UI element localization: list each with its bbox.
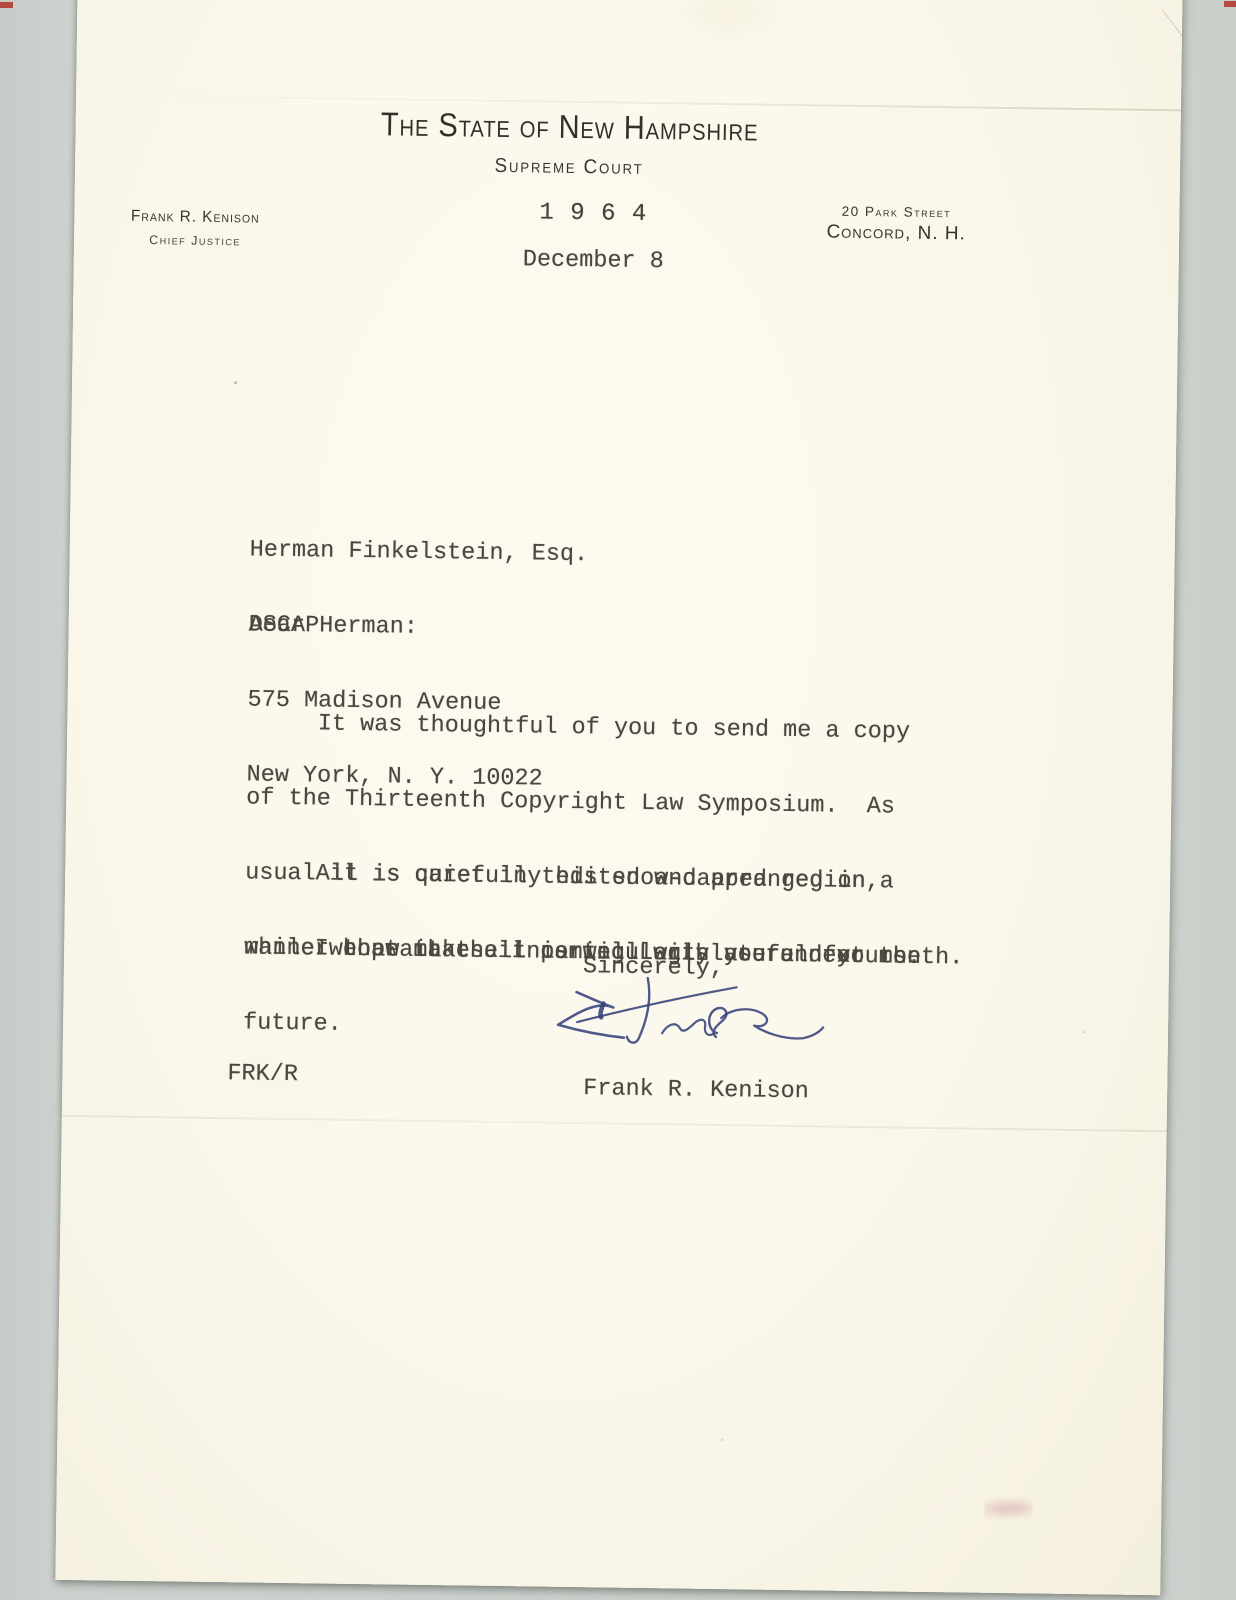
body-line: It was thoughtful of you to send me a co… — [247, 710, 924, 744]
fold-crease-bottom — [62, 1115, 1167, 1132]
letterhead-subtitle: Supreme Court — [428, 154, 710, 181]
letter-page: The State of New Hampshire Supreme Court… — [55, 0, 1183, 1595]
date-line: December 8 — [523, 247, 664, 274]
letterhead-official-title: Chief Justice — [110, 232, 280, 248]
paper-speck — [721, 1438, 723, 1441]
signature-scrawl — [550, 974, 831, 1056]
recipient-name: Herman Finkelstein, Esq. — [250, 537, 589, 567]
paper-speck — [234, 381, 237, 384]
letterhead-official-name: Frank R. Kenison — [114, 208, 277, 228]
letterhead-title: The State of New Hampshire — [358, 105, 781, 149]
salutation: Dear Herman: — [248, 612, 418, 639]
scan-mark-top-right — [1224, 1, 1236, 7]
paper-speck — [1083, 1031, 1085, 1033]
paper-stain — [667, 0, 788, 45]
corner-crease — [1161, 9, 1182, 37]
letterhead-street-address: 20 Park Street — [796, 203, 996, 221]
letterhead-city-address: Concord, N. H. — [796, 221, 996, 246]
scan-mark-top-left — [0, 2, 13, 8]
reference-initials: FRK/R — [227, 1061, 298, 1087]
signer-typed-name: Frank R. Kenison — [583, 1076, 809, 1104]
scan-background: The State of New Hampshire Supreme Court… — [0, 0, 1236, 1600]
ink-smudge — [984, 1496, 1032, 1523]
year-stamp: 1 9 6 4 — [539, 200, 647, 227]
